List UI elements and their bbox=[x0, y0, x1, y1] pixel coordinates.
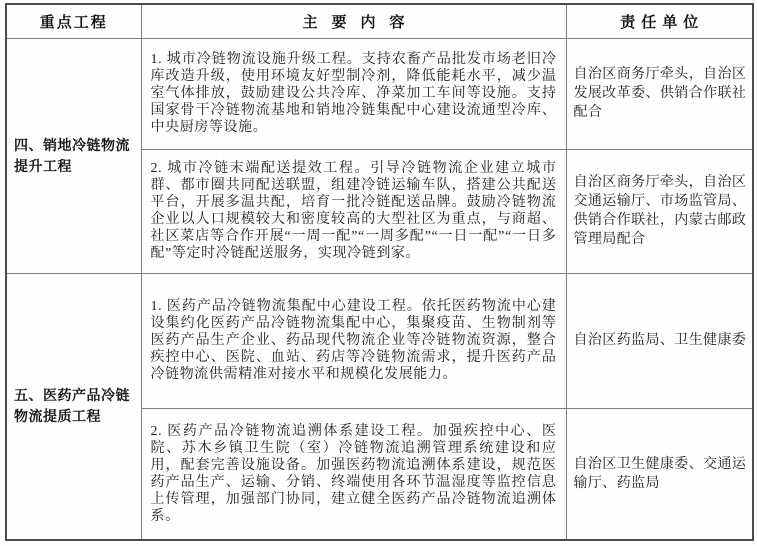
project-name-section-5: 五、医药产品冷链物流提质工程 bbox=[6, 273, 141, 540]
content-cell-s4-item1: 1. 城市冷链物流设施升级工程。支持农畜产品批发市场老旧冷库改造升级，使用环境友… bbox=[141, 38, 566, 149]
content-cell-s5-item1: 1. 医药产品冷链物流集配中心建设工程。依托医药物流中心建设集约化医药产品冷链物… bbox=[141, 273, 566, 408]
unit-cell-s4-item1: 自治区商务厅牵头，自治区发展改革委、供销合作联社配合 bbox=[566, 38, 753, 149]
header-key-project: 重点工程 bbox=[6, 4, 141, 38]
unit-cell-s4-item2: 自治区商务厅牵头，自治区交通运输厅、市场监管局、供销合作联社，内蒙古邮政管理局配… bbox=[566, 149, 753, 273]
table-row: 四、销地冷链物流提升工程 1. 城市冷链物流设施升级工程。支持农畜产品批发市场老… bbox=[6, 38, 753, 149]
project-name-section-4: 四、销地冷链物流提升工程 bbox=[6, 38, 141, 273]
header-responsible-unit: 责任单位 bbox=[566, 4, 753, 38]
document-page: 重点工程 主要内容 责任单位 四、销地冷链物流提升工程 1. 城市冷链物流设施升… bbox=[0, 0, 757, 546]
unit-cell-s5-item1: 自治区药监局、卫生健康委 bbox=[566, 273, 753, 408]
header-main-content: 主要内容 bbox=[141, 4, 566, 38]
table-row: 五、医药产品冷链物流提质工程 1. 医药产品冷链物流集配中心建设工程。依托医药物… bbox=[6, 273, 753, 408]
table-header-row: 重点工程 主要内容 责任单位 bbox=[6, 4, 753, 38]
content-cell-s4-item2: 2. 城市冷链末端配送提效工程。引导冷链物流企业建立城市群、都市圈共同配送联盟，… bbox=[141, 149, 566, 273]
content-cell-s5-item2: 2. 医药产品冷链物流追溯体系建设工程。加强疾控中心、医院、苏木乡镇卫生院（室）… bbox=[141, 408, 566, 540]
unit-cell-s5-item2: 自治区卫生健康委、交通运输厅、药监局 bbox=[566, 408, 753, 540]
key-projects-table: 重点工程 主要内容 责任单位 四、销地冷链物流提升工程 1. 城市冷链物流设施升… bbox=[5, 3, 754, 541]
